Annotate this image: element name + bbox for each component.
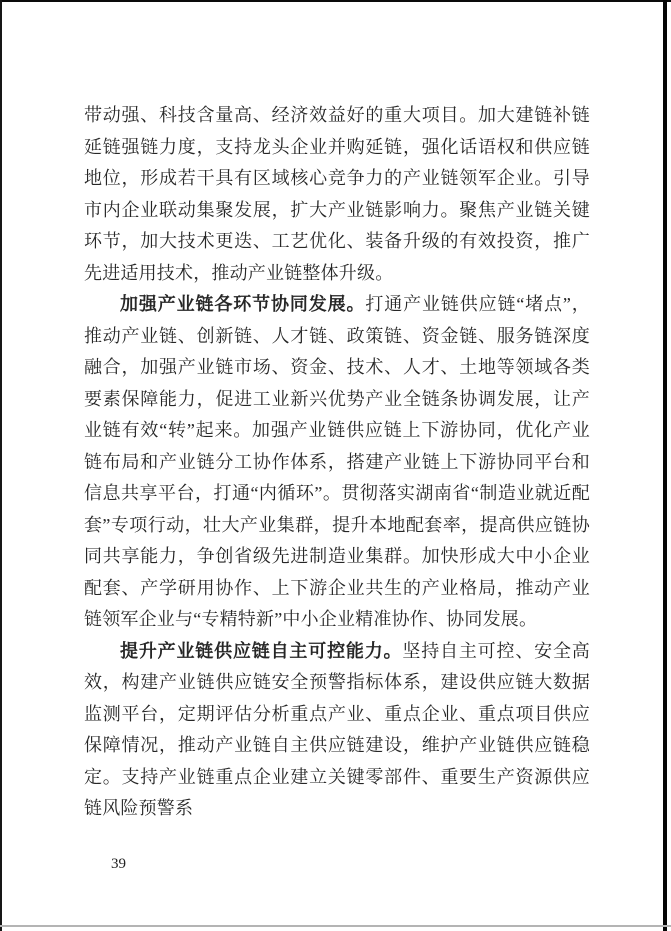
paragraph-lead: 提升产业链供应链自主可控能力。 <box>120 641 402 661</box>
scan-edge-right <box>663 0 667 931</box>
document-page: 带动强、科技含量高、经济效益好的重大项目。加大建链补链延链强链力度，支持龙头企业… <box>0 0 671 931</box>
paragraph-coordinated-development: 加强产业链各环节协同发展。打通产业链供应链“堵点”，推动产业链、创新链、人才链、… <box>84 289 590 636</box>
body-text-block: 带动强、科技含量高、经济效益好的重大项目。加大建链补链延链强链力度，支持龙头企业… <box>84 100 590 825</box>
paragraph-supply-chain-control: 提升产业链供应链自主可控能力。坚持自主可控、安全高效，构建产业链供应链安全预警指… <box>84 636 590 825</box>
page-number: 39 <box>111 856 126 873</box>
paragraph-lead: 加强产业链各环节协同发展。 <box>120 294 365 314</box>
paragraph-continuation: 带动强、科技含量高、经济效益好的重大项目。加大建链补链延链强链力度，支持龙头企业… <box>84 100 590 289</box>
paragraph-body: 坚持自主可控、安全高效，构建产业链供应链安全预警指标体系，建设供应链大数据监测平… <box>84 641 590 819</box>
paragraph-body: 打通产业链供应链“堵点”，推动产业链、创新链、人才链、政策链、资金链、服务链深度… <box>84 294 590 629</box>
scan-edge-left <box>0 0 2 931</box>
paragraph-body: 带动强、科技含量高、经济效益好的重大项目。加大建链补链延链强链力度，支持龙头企业… <box>84 105 590 283</box>
scan-edge-bottom <box>0 925 671 927</box>
scan-edge-top <box>0 0 671 2</box>
